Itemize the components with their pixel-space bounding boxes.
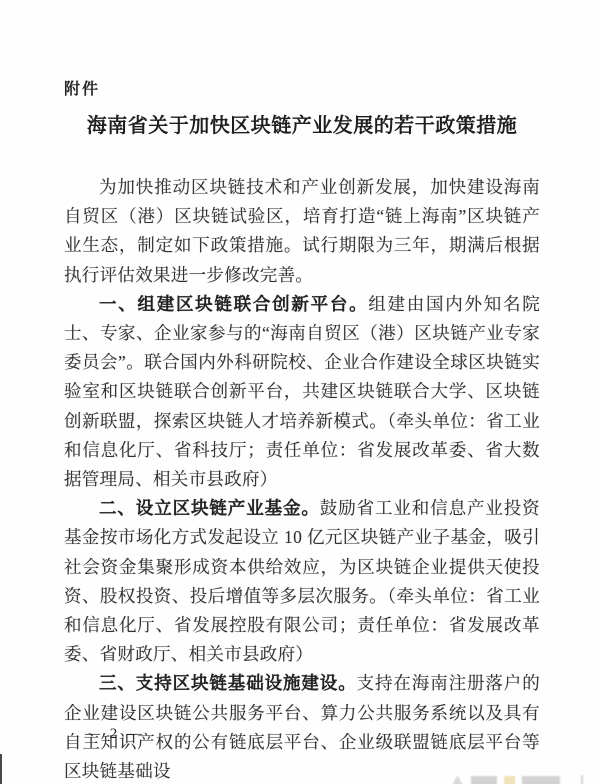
scan-edge-artifact xyxy=(0,754,2,784)
section-1-paragraph: 一、组建区块链联合创新平台。组建由国内外知名院士、专家、企业家参与的“海南自贸区… xyxy=(64,290,540,494)
section-2-heading: 二、设立区块链产业基金。 xyxy=(99,498,320,518)
watermark-edge-mark xyxy=(581,775,592,784)
page-number: — 2 — xyxy=(85,726,145,743)
section-2-body: 鼓励省工业和信息产业投资基金按市场化方式发起设立 10 亿元区块链产业子基金，吸… xyxy=(64,498,540,664)
attachment-label: 附件 xyxy=(64,76,540,99)
watermark-text-fragment xyxy=(522,776,560,784)
watermark-logo-icon xyxy=(451,775,464,784)
section-1-heading: 一、组建区块链联合创新平台。 xyxy=(99,294,368,314)
watermark-accent-mark xyxy=(504,776,515,784)
section-3-heading: 三、支持区块链基础设施建设。 xyxy=(99,673,357,693)
intro-paragraph: 为加快推动区块链技术和产业创新发展，加快建设海南自贸区（港）区块链试验区，培育打… xyxy=(64,173,540,290)
watermark-text-fragment xyxy=(471,776,497,784)
document-title: 海南省关于加快区块链产业发展的若干政策措施 xyxy=(64,113,540,139)
document-page: 附件 海南省关于加快区块链产业发展的若干政策措施 为加快推动区块链技术和产业创新… xyxy=(0,0,600,784)
watermark xyxy=(451,770,592,784)
section-2-paragraph: 二、设立区块链产业基金。鼓励省工业和信息产业投资基金按市场化方式发起设立 10 … xyxy=(64,494,540,669)
document-content: 附件 海南省关于加快区块链产业发展的若干政策措施 为加快推动区块链技术和产业创新… xyxy=(64,76,540,784)
section-1-body: 组建由国内外知名院士、专家、企业家参与的“海南自贸区（港）区块链产业专家委员会”… xyxy=(64,294,540,489)
